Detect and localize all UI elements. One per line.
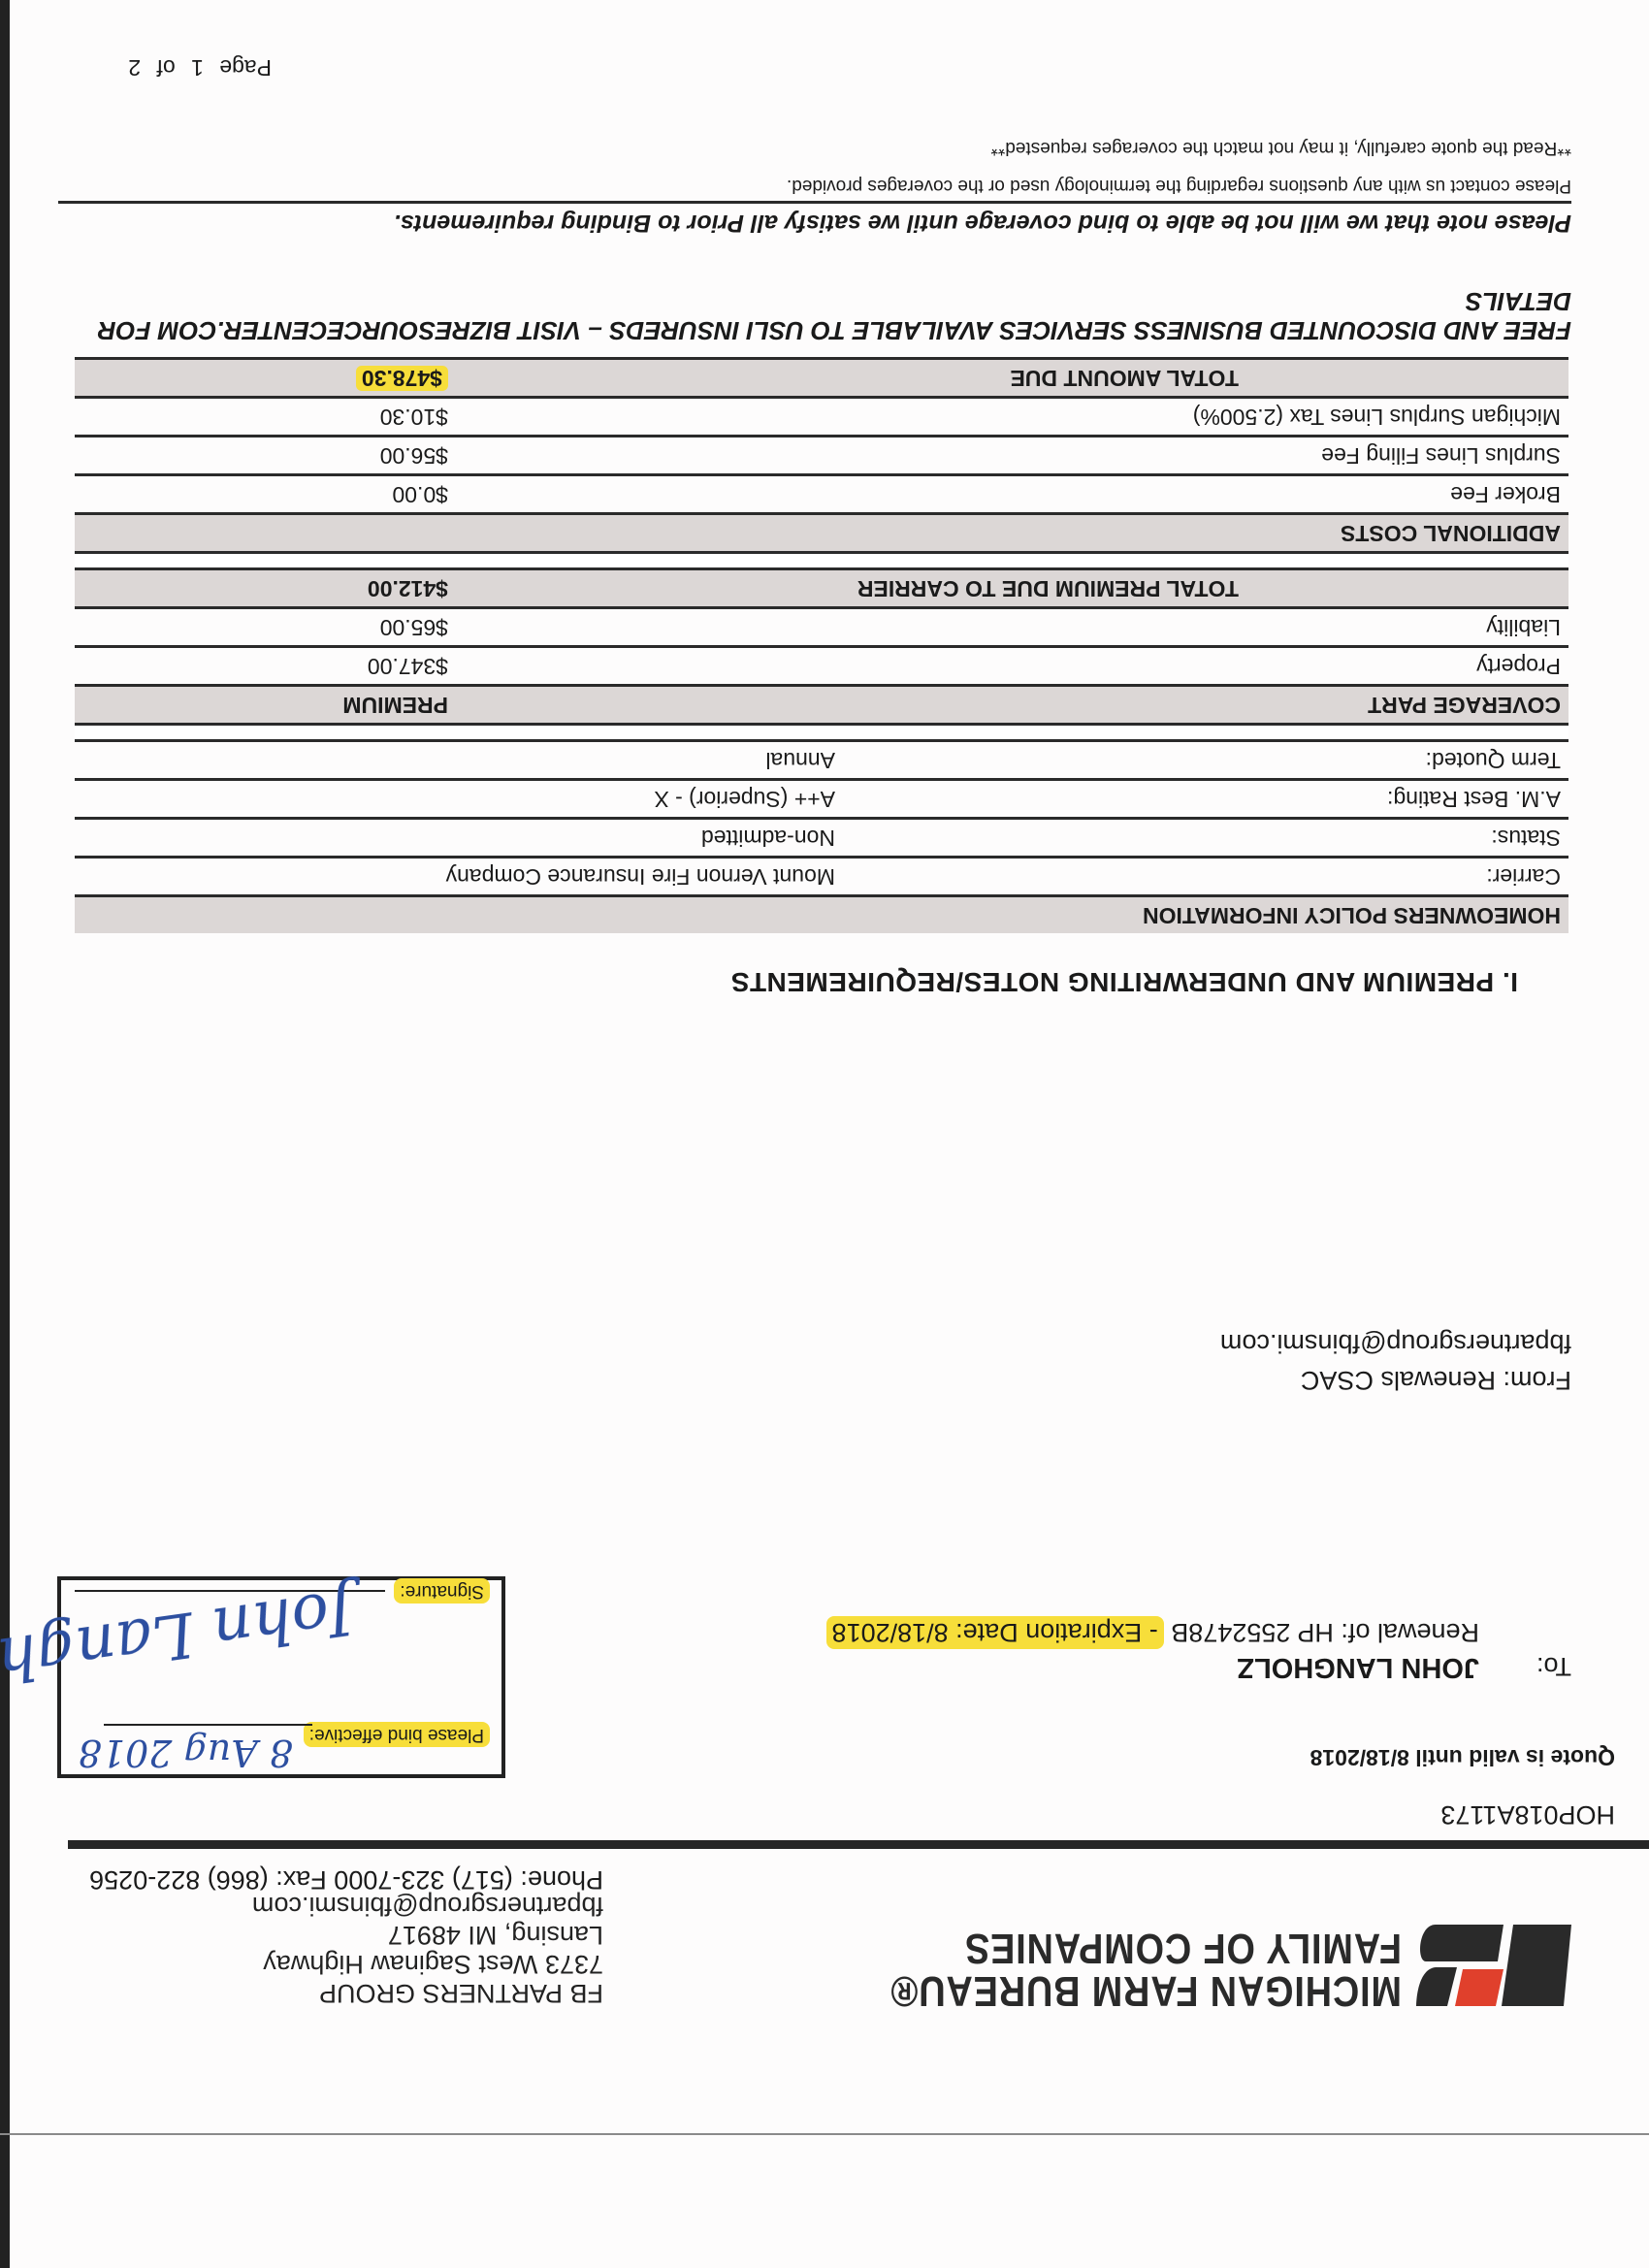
- scan-edge-line: [0, 2133, 1649, 2135]
- from-line: From: Renewals CSAC: [1301, 1365, 1571, 1395]
- renewal-line: Renewal of: HP 2552478B - Expiration Dat…: [826, 1617, 1479, 1647]
- bind-effective-label: Please bind effective:: [304, 1722, 490, 1747]
- total-amount-value: $478.30: [356, 366, 448, 391]
- agency-street: 7373 West Saginaw Highway: [252, 1950, 603, 1979]
- term-value: Annual: [765, 742, 835, 778]
- total-premium-row: TOTAL PREMIUM DUE TO CARRIER $412.00: [75, 567, 1568, 606]
- bind-date-handwritten[interactable]: 8 Aug 2018: [79, 1732, 293, 1774]
- term-label: Term Quoted:: [1426, 742, 1561, 778]
- carrier-value: Mount Vernon Fire Insurance Company: [446, 859, 835, 894]
- contact-note: Please contact us with any questions reg…: [787, 175, 1571, 196]
- logo-line-2: FAMILY OF COMPANIES: [890, 1927, 1402, 1969]
- am-best-value: A++ (Superior) - X: [654, 781, 835, 817]
- bind-request-box: Please bind effective: 8 Aug 2018 Signat…: [57, 1576, 505, 1778]
- agency-phone-fax: Phone: (517) 323-7000 Fax: (866) 822-025…: [89, 1864, 603, 1895]
- bind-date-line: [104, 1724, 312, 1726]
- status-value: Non-admitted: [701, 820, 835, 856]
- liability-value: $65.00: [380, 609, 448, 645]
- policy-premium-table: HOMEOWNERS POLICY INFORMATION Carrier: M…: [75, 357, 1568, 933]
- agency-email: fbpartnersgroup@fbinsmi.com: [252, 1892, 603, 1921]
- table-row: Liability $65.00: [75, 606, 1568, 645]
- expiration-date-highlight: - Expiration Date: 8/18/2018: [826, 1616, 1164, 1649]
- sender-email: fbpartnersgroup@fbinsmi.com: [1220, 1328, 1571, 1358]
- total-premium-label: TOTAL PREMIUM DUE TO CARRIER: [857, 570, 1239, 606]
- total-premium-value: $412.00: [368, 570, 448, 606]
- agency-city: Lansing, MI 48917: [252, 1921, 603, 1950]
- property-label: Property: [1476, 648, 1561, 684]
- filing-fee-label: Surplus Lines Filing Fee: [1321, 437, 1561, 473]
- company-logo: MICHIGAN FARM BUREAU® FAMILY OF COMPANIE…: [834, 1917, 1571, 2014]
- table-row: Term Quoted: Annual: [75, 739, 1568, 778]
- recipient-name: JOHN LANGHOLZ: [1237, 1651, 1479, 1683]
- quote-validity: Quote is valid until 8/18/2018: [1310, 1744, 1615, 1770]
- binding-requirements-note: Please note that we will not be able to …: [394, 209, 1571, 237]
- renewal-policy: Renewal of: HP 2552478B: [1171, 1618, 1479, 1647]
- table-row: Broker Fee $0.00: [75, 473, 1568, 512]
- carrier-label: Carrier:: [1486, 859, 1561, 894]
- broker-fee-value: $0.00: [392, 476, 448, 512]
- additional-costs-header: ADDITIONAL COSTS: [75, 512, 1568, 551]
- signature-label: Signature:: [394, 1578, 490, 1604]
- property-value: $347.00: [368, 648, 448, 684]
- quote-document-page: MICHIGAN FARM BUREAU® FAMILY OF COMPANIE…: [0, 0, 1649, 2268]
- premium-header-label: PREMIUM: [342, 687, 448, 723]
- table-row: Surplus Lines Filing Fee $56.00: [75, 435, 1568, 473]
- read-carefully-note: **Read the quote carefully, it may not m…: [991, 137, 1572, 158]
- section-title: I. PREMIUM AND UNDERWRITING NOTES/REQUIR…: [730, 966, 1518, 997]
- surplus-tax-label: Michigan Surplus Lines Tax (2.500%): [1193, 399, 1561, 435]
- table-row: A.M. Best Rating: A++ (Superior) - X: [75, 778, 1568, 817]
- total-amount-row: TOTAL AMOUNT DUE $478.30: [75, 357, 1568, 396]
- filing-fee-value: $56.00: [380, 437, 448, 473]
- premium-header: COVERAGE PART PREMIUM: [75, 684, 1568, 723]
- page-number: Page 1 of 2: [128, 54, 272, 81]
- agency-address: FB PARTNERS GROUP 7373 West Saginaw High…: [252, 1892, 603, 2008]
- header-divider: [68, 1840, 1649, 1849]
- footer-divider: [58, 201, 1571, 204]
- table-row: Carrier: Mount Vernon Fire Insurance Com…: [75, 856, 1568, 894]
- logo-line-1: MICHIGAN FARM BUREAU®: [890, 1967, 1402, 2015]
- policy-info-header: HOMEOWNERS POLICY INFORMATION: [75, 894, 1568, 933]
- fb-logo-mark-icon: [1416, 1925, 1571, 2006]
- coverage-part-header: COVERAGE PART: [1368, 687, 1561, 723]
- liability-label: Liability: [1486, 609, 1561, 645]
- table-row: Michigan Surplus Lines Tax (2.500%) $10.…: [75, 396, 1568, 435]
- logo-wordmark: MICHIGAN FARM BUREAU® FAMILY OF COMPANIE…: [890, 1927, 1402, 2012]
- signature-handwritten[interactable]: John Langholz: [0, 1574, 359, 1708]
- scan-edge: [0, 0, 10, 2268]
- status-label: Status:: [1491, 820, 1561, 856]
- am-best-label: A.M. Best Rating:: [1387, 781, 1561, 817]
- agency-name: FB PARTNERS GROUP: [252, 1979, 603, 2008]
- quote-number: HOP018A1173: [1440, 1799, 1615, 1830]
- free-services-notice: FREE AND DISCOUNTED BUSINESS SERVICES AV…: [78, 287, 1571, 345]
- broker-fee-label: Broker Fee: [1450, 476, 1561, 512]
- table-row: Status: Non-admitted: [75, 817, 1568, 856]
- policy-info-header-label: HOMEOWNERS POLICY INFORMATION: [1143, 897, 1561, 933]
- total-amount-label: TOTAL AMOUNT DUE: [1010, 360, 1239, 396]
- to-label: To:: [1536, 1651, 1571, 1681]
- additional-costs-label: ADDITIONAL COSTS: [1341, 515, 1561, 551]
- table-spacer: [75, 723, 1568, 739]
- table-spacer: [75, 551, 1568, 567]
- table-row: Property $347.00: [75, 645, 1568, 684]
- surplus-tax-value: $10.30: [380, 399, 448, 435]
